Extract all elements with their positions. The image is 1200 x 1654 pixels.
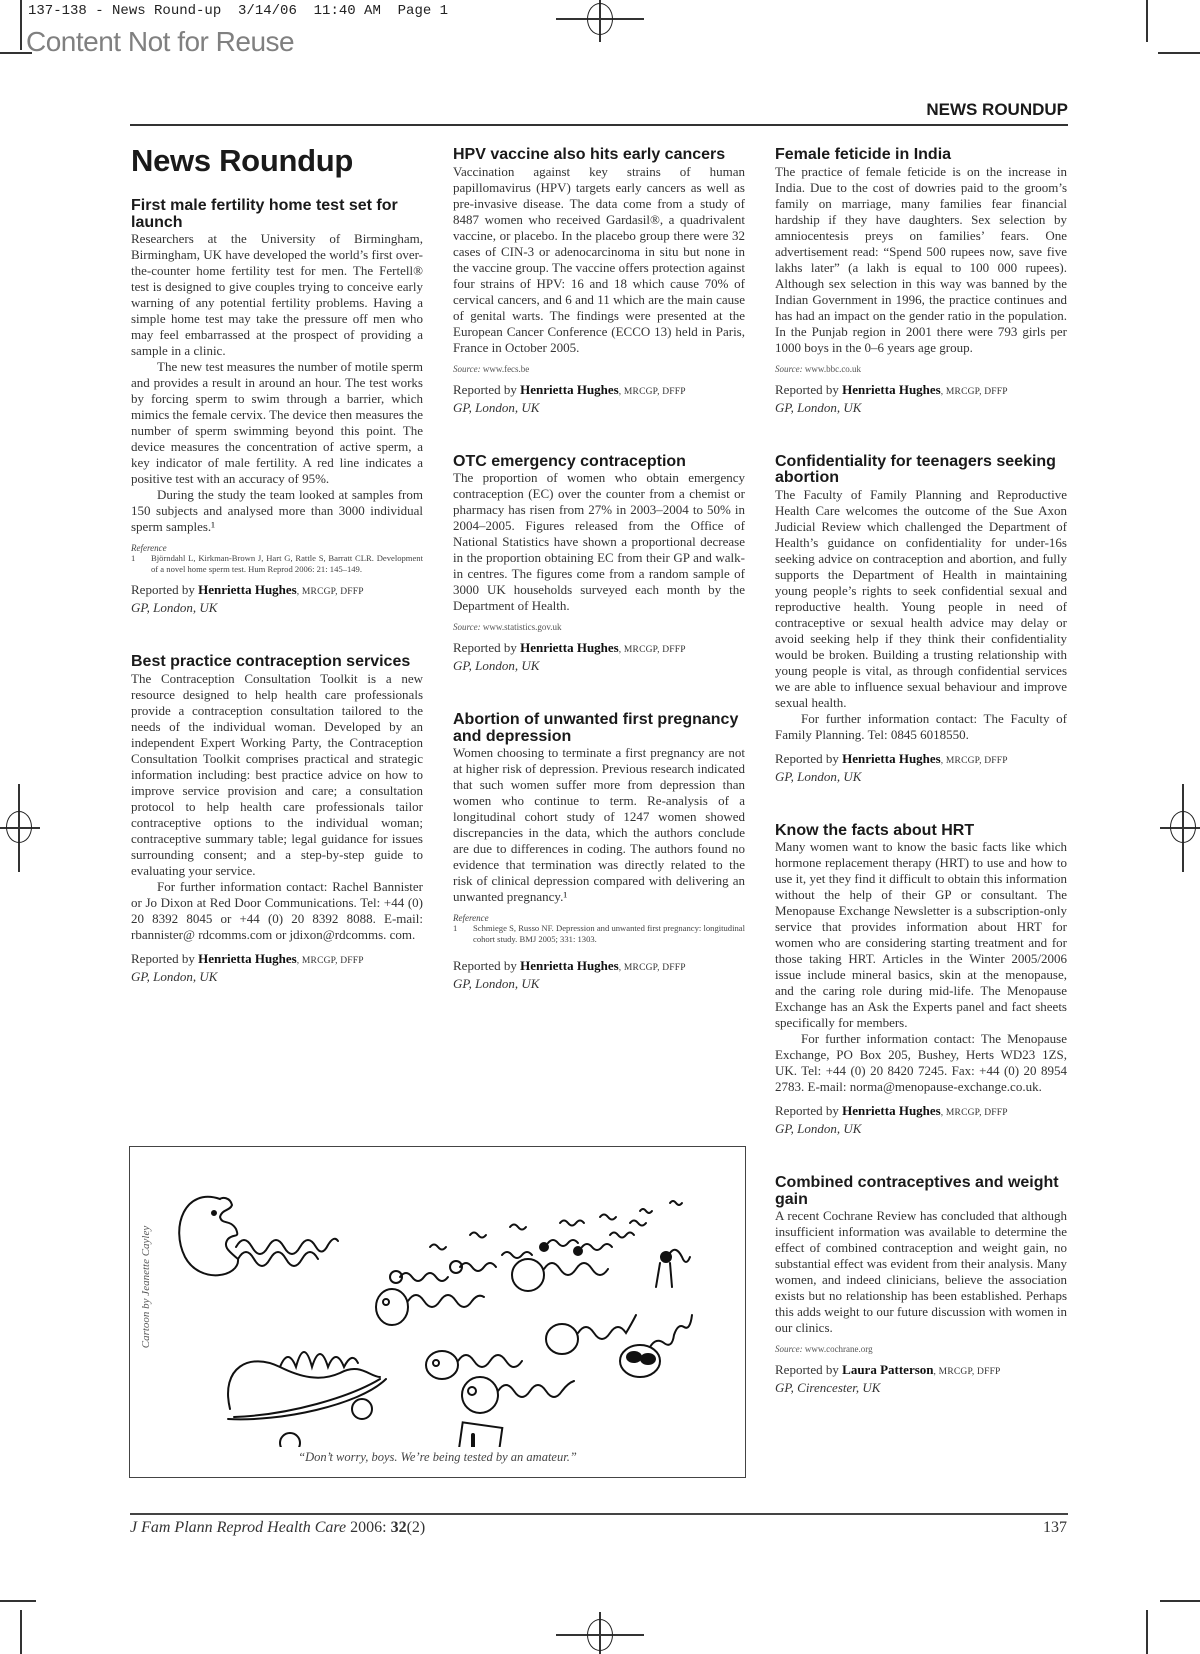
- source-label: Source:: [775, 1344, 803, 1354]
- crop-mark: [1160, 1600, 1200, 1602]
- journal-issue: (2): [407, 1519, 426, 1536]
- page-number: 137: [1043, 1519, 1067, 1537]
- journal-name: J Fam Plann Reprod Health Care: [130, 1519, 346, 1536]
- reporter-qualifications: , MRCGP, DFFP: [619, 645, 686, 655]
- article-paragraph: For further information contact: The Men…: [775, 1031, 1067, 1095]
- running-head: NEWS ROUNDUP: [926, 100, 1068, 120]
- crop-mark: [1146, 0, 1148, 42]
- crop-mark: [0, 52, 32, 54]
- reporter-location: GP, London, UK: [453, 976, 745, 992]
- source-url: www.statistics.gov.uk: [483, 622, 562, 632]
- article-paragraph: A recent Cochrane Review has concluded t…: [775, 1208, 1067, 1336]
- article-headline: Combined contraceptives and weight gain: [775, 1175, 1067, 1208]
- source-label: Source:: [453, 364, 481, 374]
- reporter-location: GP, London, UK: [775, 769, 1067, 785]
- article-paragraph: Researchers at the University of Birming…: [131, 231, 423, 359]
- column-1: News Roundup First male fertility home t…: [131, 140, 423, 985]
- article-paragraph: During the study the team looked at samp…: [131, 487, 423, 535]
- article-paragraph: The proportion of women who obtain emerg…: [453, 470, 745, 614]
- source-label: Source:: [775, 364, 803, 374]
- reporter-qualifications: , MRCGP, DFFP: [297, 956, 364, 966]
- byline-prefix: Reported by: [775, 1103, 839, 1118]
- article-paragraph: Vaccination against key strains of human…: [453, 164, 745, 356]
- article-headline: Female feticide in India: [775, 147, 1067, 164]
- journal-volume: 32: [391, 1519, 407, 1536]
- crop-mark: [0, 1600, 36, 1602]
- article-confidentiality-teenagers: Confidentiality for teenagers seeking ab…: [775, 454, 1067, 785]
- source-url: www.fecs.be: [483, 364, 529, 374]
- article-headline: Best practice contraception services: [131, 654, 423, 671]
- article-source: Source: www.cochrane.org: [775, 1344, 1067, 1354]
- reporter-location: GP, London, UK: [453, 658, 745, 674]
- byline: Reported by Laura Patterson, MRCGP, DFFP…: [775, 1362, 1067, 1396]
- reporter-location: GP, London, UK: [775, 400, 1067, 416]
- article-combined-contraceptives-weight: Combined contraceptives and weight gain …: [775, 1175, 1067, 1396]
- header-rule: [130, 124, 1068, 126]
- article-paragraph: The practice of female feticide is on th…: [775, 164, 1067, 356]
- article-headline: HPV vaccine also hits early cancers: [453, 147, 745, 164]
- cartoon-figure: Cartoon by Jeanette Cayley: [129, 1146, 746, 1478]
- article-headline: Know the facts about HRT: [775, 823, 1067, 840]
- article-paragraph: The Faculty of Family Planning and Repro…: [775, 487, 1067, 711]
- reporter-location: GP, London, UK: [775, 1121, 1067, 1137]
- print-slug: 137-138 - News Round-up 3/14/06 11:40 AM…: [28, 3, 448, 19]
- byline-prefix: Reported by: [775, 382, 839, 397]
- article-best-practice-contraception: Best practice contraception services The…: [131, 654, 423, 985]
- article-hpv-vaccine: HPV vaccine also hits early cancers Vacc…: [453, 147, 745, 416]
- byline: Reported by Henrietta Hughes, MRCGP, DFF…: [775, 1103, 1067, 1137]
- byline: Reported by Henrietta Hughes, MRCGP, DFF…: [775, 382, 1067, 416]
- byline: Reported by Henrietta Hughes, MRCGP, DFF…: [131, 951, 423, 985]
- column-2: HPV vaccine also hits early cancers Vacc…: [453, 140, 745, 992]
- article-headline: Confidentiality for teenagers seeking ab…: [775, 454, 1067, 487]
- byline: Reported by Henrietta Hughes, MRCGP, DFF…: [453, 640, 745, 674]
- source-url: www.cochrane.org: [805, 1344, 873, 1354]
- byline: Reported by Henrietta Hughes, MRCGP, DFF…: [775, 751, 1067, 785]
- reporter-name: Henrietta Hughes: [198, 582, 297, 597]
- crop-mark: [20, 1610, 22, 1654]
- reporter-location: GP, London, UK: [131, 600, 423, 616]
- crop-mark: [1146, 1610, 1148, 1654]
- article-paragraph: The Contraception Consultation Toolkit i…: [131, 671, 423, 879]
- journal-citation: J Fam Plann Reprod Health Care 2006: 32(…: [130, 1519, 425, 1537]
- article-headline: OTC emergency contraception: [453, 454, 745, 471]
- reporter-name: Henrietta Hughes: [842, 382, 941, 397]
- byline: Reported by Henrietta Hughes, MRCGP, DFF…: [131, 582, 423, 616]
- source-url: www.bbc.co.uk: [805, 364, 861, 374]
- reference-item: 1 Björndahl L, Kirkman-Brown J, Hart G, …: [131, 553, 423, 574]
- reference-label: Reference: [131, 543, 423, 553]
- byline-prefix: Reported by: [131, 582, 195, 597]
- byline-prefix: Reported by: [775, 1362, 839, 1377]
- reference-number: 1: [131, 553, 151, 574]
- byline-prefix: Reported by: [453, 958, 517, 973]
- source-label: Source:: [453, 622, 481, 632]
- footer-rule: [130, 1513, 1068, 1515]
- article-paragraph: The new test measures the number of moti…: [131, 359, 423, 487]
- reporter-location: GP, Cirencester, UK: [775, 1380, 1067, 1396]
- reporter-name: Henrietta Hughes: [198, 951, 297, 966]
- byline: Reported by Henrietta Hughes, MRCGP, DFF…: [453, 382, 745, 416]
- reporter-qualifications: , MRCGP, DFFP: [941, 756, 1008, 766]
- reference-label: Reference: [453, 913, 745, 923]
- reference-number: 1: [453, 923, 473, 944]
- byline-prefix: Reported by: [453, 382, 517, 397]
- reference-text: Björndahl L, Kirkman-Brown J, Hart G, Ra…: [151, 553, 423, 574]
- reporter-name: Henrietta Hughes: [520, 958, 619, 973]
- watermark: Content Not for Reuse: [26, 26, 294, 58]
- article-hrt-facts: Know the facts about HRT Many women want…: [775, 823, 1067, 1138]
- byline-prefix: Reported by: [775, 751, 839, 766]
- reporter-qualifications: , MRCGP, DFFP: [297, 587, 364, 597]
- crop-mark: [1158, 52, 1200, 54]
- article-headline: Abortion of unwanted first pregnancy and…: [453, 712, 745, 745]
- article-source: Source: www.statistics.gov.uk: [453, 622, 745, 632]
- byline: Reported by Henrietta Hughes, MRCGP, DFF…: [453, 958, 745, 992]
- reporter-name: Henrietta Hughes: [842, 1103, 941, 1118]
- article-source: Source: www.bbc.co.uk: [775, 364, 1067, 374]
- article-otc-emergency-contraception: OTC emergency contraception The proporti…: [453, 454, 745, 675]
- page-title: News Roundup: [131, 144, 423, 178]
- reporter-name: Laura Patterson: [842, 1362, 933, 1377]
- article-paragraph: For further information contact: Rachel …: [131, 879, 423, 943]
- reporter-qualifications: , MRCGP, DFFP: [619, 387, 686, 397]
- article-paragraph: Many women want to know the basic facts …: [775, 839, 1067, 1031]
- article-abortion-depression: Abortion of unwanted first pregnancy and…: [453, 712, 745, 992]
- sperm-cartoon-illustration: [130, 1147, 744, 1447]
- crop-mark: [20, 0, 22, 50]
- reporter-name: Henrietta Hughes: [520, 640, 619, 655]
- reference-item: 1 Schmiege S, Russo NF. Depression and u…: [453, 923, 745, 944]
- reporter-qualifications: , MRCGP, DFFP: [941, 387, 1008, 397]
- reporter-qualifications: , MRCGP, DFFP: [934, 1367, 1001, 1377]
- byline-prefix: Reported by: [453, 640, 517, 655]
- reporter-location: GP, London, UK: [131, 969, 423, 985]
- article-headline: First male fertility home test set for l…: [131, 198, 423, 231]
- journal-year: 2006:: [350, 1519, 386, 1536]
- byline-prefix: Reported by: [131, 951, 195, 966]
- article-male-fertility-test: First male fertility home test set for l…: [131, 198, 423, 616]
- article-paragraph: For further information contact: The Fac…: [775, 711, 1067, 743]
- article-paragraph: Women choosing to terminate a first preg…: [453, 745, 745, 905]
- reporter-qualifications: , MRCGP, DFFP: [941, 1108, 1008, 1118]
- cartoon-caption: “Don’t worry, boys. We’re being tested b…: [130, 1450, 745, 1465]
- article-female-feticide: Female feticide in India The practice of…: [775, 147, 1067, 416]
- reference-text: Schmiege S, Russo NF. Depression and unw…: [473, 923, 745, 944]
- reporter-qualifications: , MRCGP, DFFP: [619, 963, 686, 973]
- reporter-location: GP, London, UK: [453, 400, 745, 416]
- reporter-name: Henrietta Hughes: [842, 751, 941, 766]
- column-3: Female feticide in India The practice of…: [775, 140, 1067, 1396]
- reporter-name: Henrietta Hughes: [520, 382, 619, 397]
- article-source: Source: www.fecs.be: [453, 364, 745, 374]
